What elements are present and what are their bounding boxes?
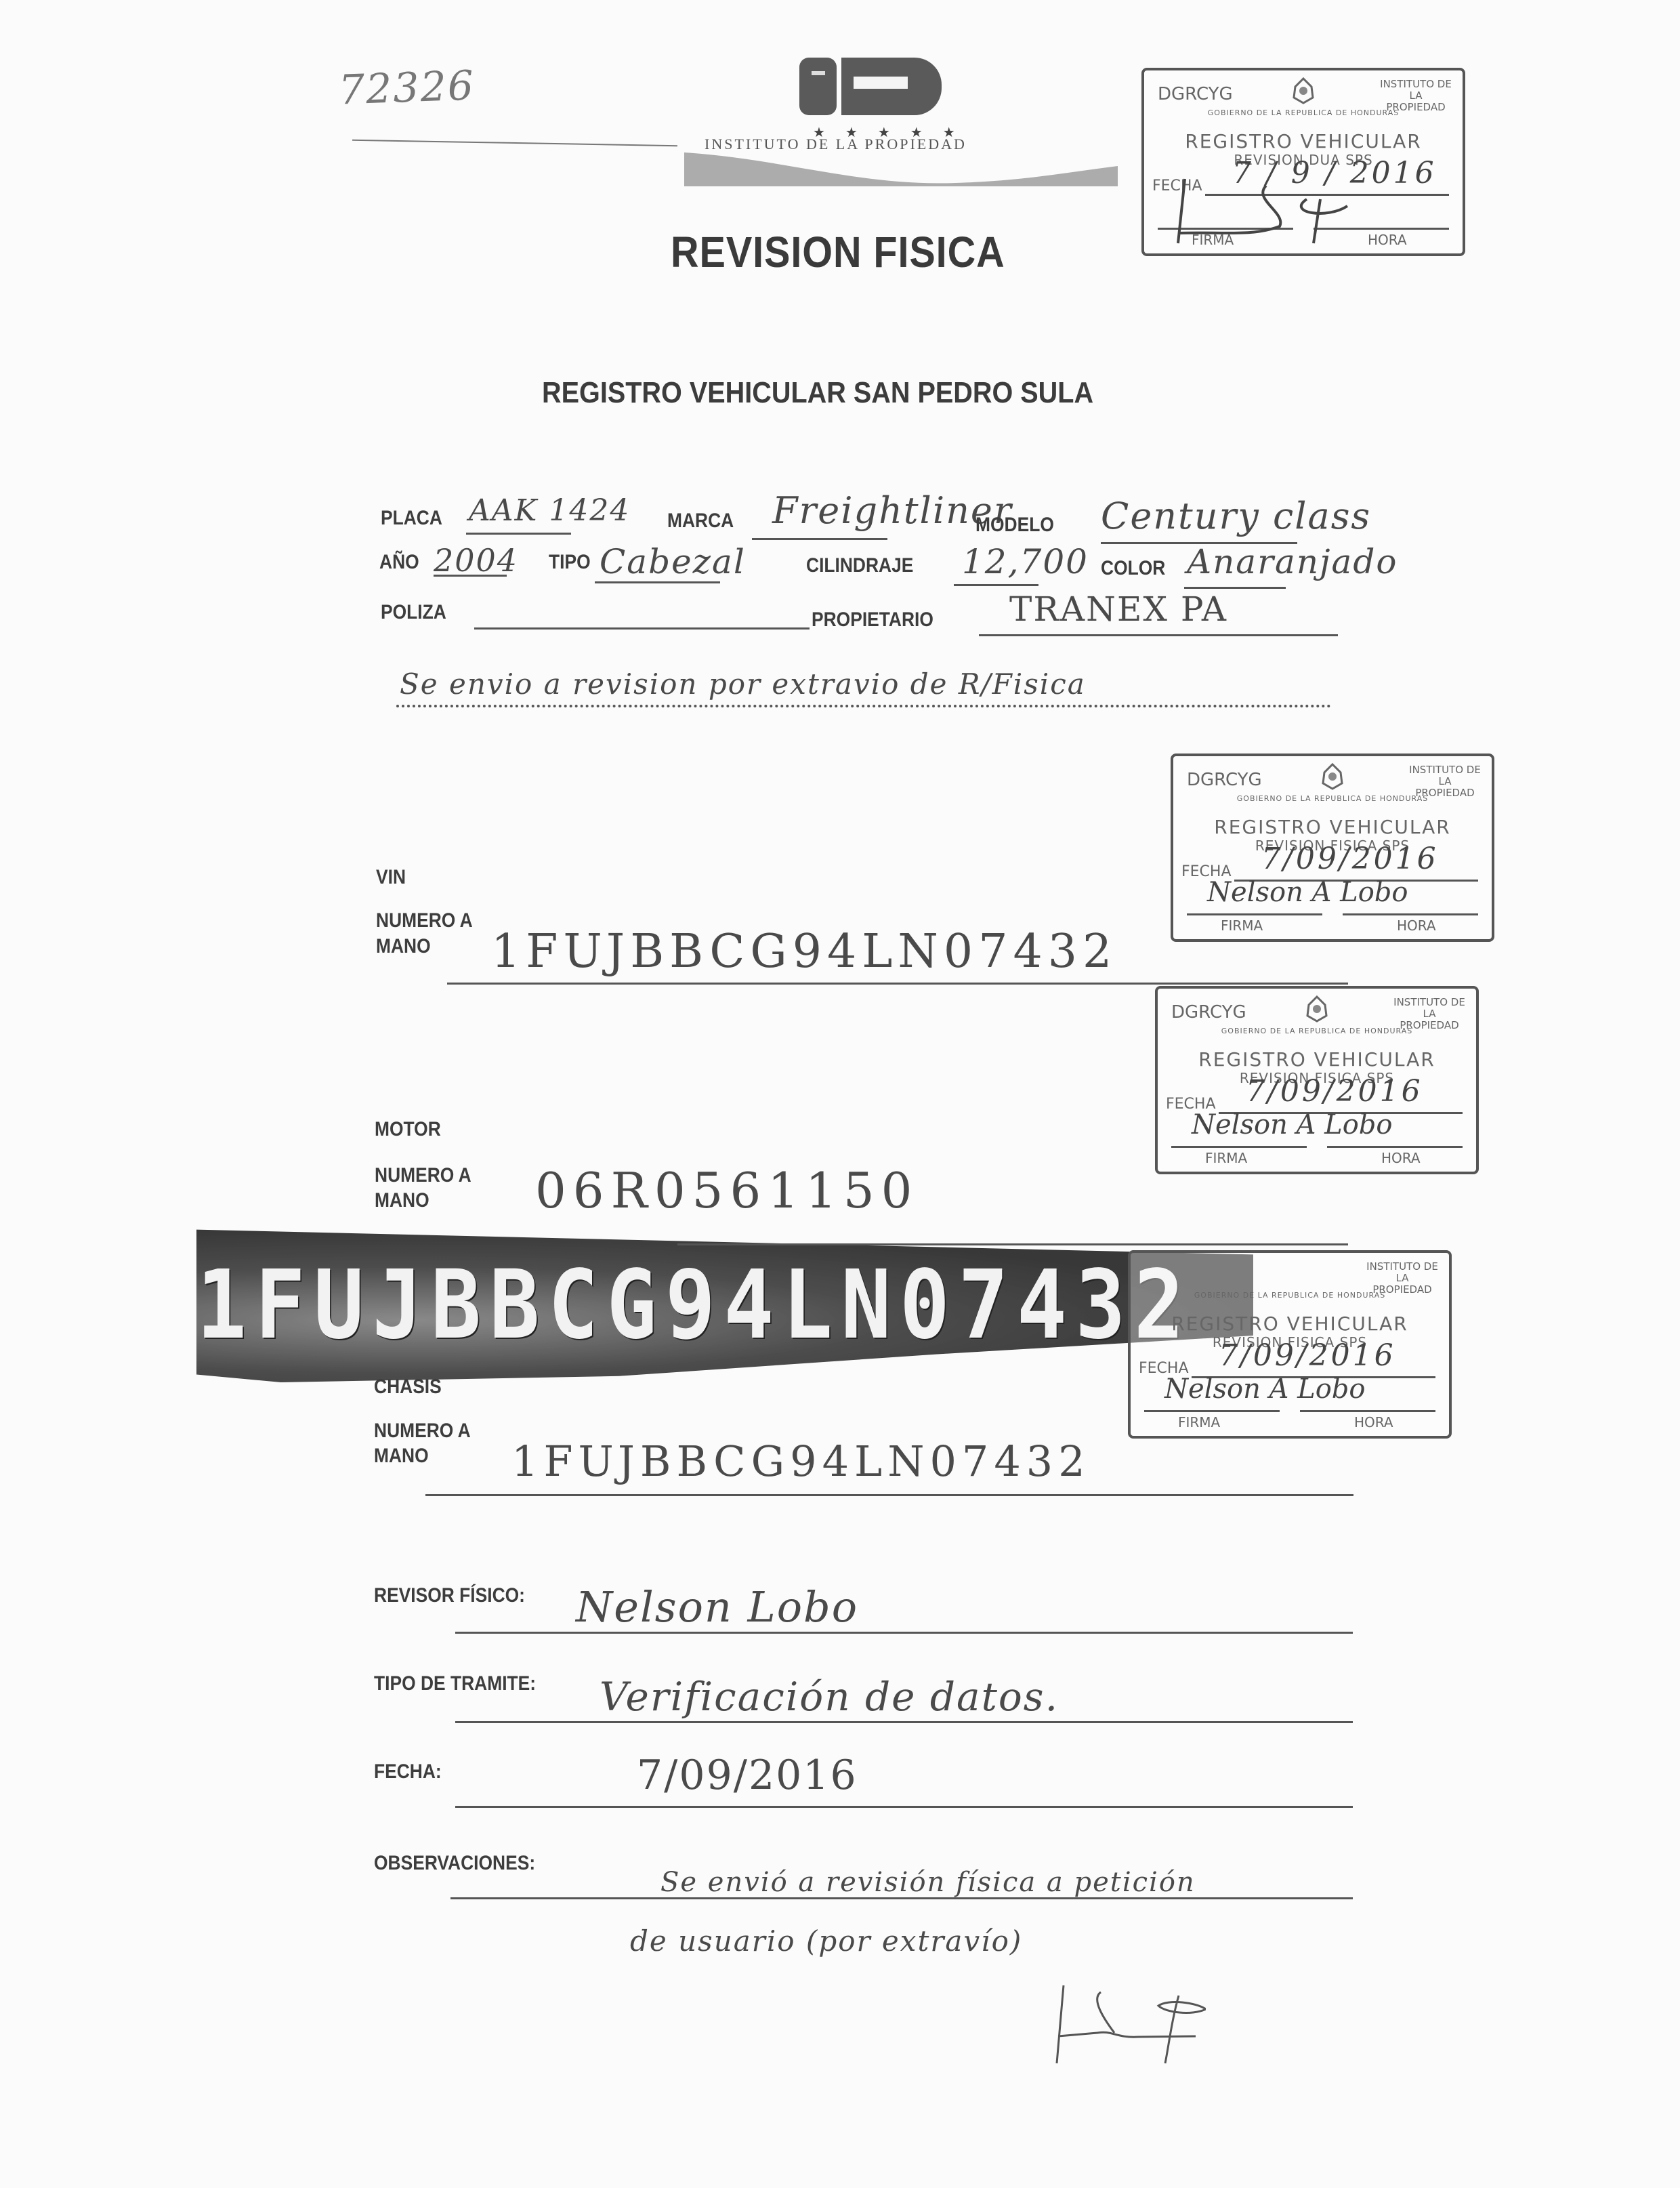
- vin-line: [447, 983, 1348, 985]
- observaciones-line-2[interactable]: de usuario (por extravío): [630, 1924, 1022, 1958]
- chasis-mano-label: MANO: [374, 1445, 429, 1468]
- motor-numero-label: NUMERO A: [375, 1164, 471, 1187]
- vin-numero-label: NUMERO A: [376, 909, 473, 932]
- observaciones-label: OBSERVACIONES:: [374, 1852, 535, 1875]
- anio-label: AÑO: [379, 551, 419, 574]
- stamp-date: 7/09/2016: [1261, 842, 1439, 876]
- coat-of-arms-icon: [1320, 763, 1345, 790]
- placa-value[interactable]: AAK 1424: [469, 493, 630, 528]
- stamp-hora-line: [1343, 913, 1478, 915]
- tipo-tramite-value[interactable]: Verificación de datos.: [600, 1674, 1059, 1720]
- color-label: COLOR: [1101, 557, 1165, 580]
- marca-label: MARCA: [667, 510, 734, 533]
- stamp-hora-line: [1327, 1146, 1463, 1148]
- chasis-value[interactable]: 1FUJBBCG94LN07432: [511, 1437, 1091, 1486]
- stamp-dept: DGRCYG: [1171, 1002, 1246, 1023]
- tipo-tramite-label: TIPO DE TRAMITE:: [374, 1672, 536, 1695]
- marca-line: [752, 538, 887, 540]
- propietario-line: [979, 634, 1338, 636]
- modelo-value[interactable]: Century class: [1101, 495, 1371, 537]
- poliza-line: [474, 627, 810, 629]
- color-value[interactable]: Anaranjado: [1187, 542, 1398, 581]
- chasis-line: [425, 1494, 1353, 1496]
- stamp-signature: Nelson A Lobo: [1164, 1374, 1365, 1405]
- tipo-tramite-line: [455, 1721, 1353, 1723]
- header-rule: [352, 140, 677, 146]
- reference-number: 72326: [338, 62, 476, 115]
- cilindraje-value[interactable]: 12,700: [962, 542, 1089, 581]
- stamp-registry: REGISTRO VEHICULAR: [1173, 816, 1492, 838]
- logo-text: INSTITUTO DE LA PROPIEDAD: [705, 136, 967, 153]
- stamp-registry: REGISTRO VEHICULAR: [1144, 130, 1463, 152]
- note-line: [396, 705, 1331, 707]
- poliza-label: POLIZA: [381, 601, 446, 624]
- page-title: REVISION FISICA: [671, 227, 1005, 277]
- observaciones-line-1[interactable]: Se envió a revisión física a petición: [660, 1867, 1196, 1898]
- placa-label: PLACA: [381, 507, 442, 530]
- stamp-firma-line: [1171, 1146, 1307, 1148]
- vehicle-note[interactable]: Se envio a revision por extravio de R/Fi…: [400, 667, 1086, 701]
- motor-mano-label: MANO: [375, 1189, 429, 1212]
- stamp-signature: Nelson A Lobo: [1192, 1109, 1392, 1140]
- stamp-signature: Nelson A Lobo: [1207, 877, 1408, 908]
- chasis-top-line: [677, 1243, 1348, 1245]
- cilindraje-line: [954, 584, 1038, 586]
- revisor-label: REVISOR FÍSICO:: [374, 1584, 525, 1607]
- fecha-label: FECHA:: [374, 1760, 442, 1783]
- stamp-firma-label: FIRMA: [1205, 1150, 1247, 1166]
- reviewer-signature-icon: [1043, 1979, 1206, 2067]
- vin-mano-label: MANO: [376, 935, 431, 958]
- chasis-label: CHASIS: [374, 1376, 442, 1399]
- registry-stamp: DGRCYG INSTITUTO DE LA PROPIEDAD GOBIERN…: [1155, 986, 1479, 1174]
- anio-value[interactable]: 2004: [434, 542, 518, 579]
- fecha-value[interactable]: 7/09/2016: [637, 1752, 858, 1799]
- stamp-hora-label: HORA: [1381, 1150, 1421, 1166]
- chassis-plate-photo-text: 1FUJBBCG94LN07432: [196, 1250, 1192, 1361]
- stamp-firma-label: FIRMA: [1178, 1414, 1220, 1430]
- tipo-line: [595, 581, 720, 583]
- propietario-value[interactable]: TRANEX PA: [1009, 590, 1227, 629]
- stamp-hora-label: HORA: [1397, 917, 1436, 934]
- page-subtitle: REGISTRO VEHICULAR SAN PEDRO SULA: [542, 376, 1093, 410]
- stamp-registry: REGISTRO VEHICULAR: [1131, 1313, 1449, 1335]
- revisor-value[interactable]: Nelson Lobo: [576, 1582, 858, 1632]
- vin-label: VIN: [376, 866, 406, 889]
- stamp-firma-line: [1187, 913, 1322, 915]
- stamp-government: GOBIERNO DE LA REPUBLICA DE HONDURAS: [1158, 1027, 1476, 1035]
- stamp-date: 7/09/2016: [1246, 1074, 1423, 1109]
- stamp-hora-label: HORA: [1354, 1414, 1393, 1430]
- stamp-government: GOBIERNO DE LA REPUBLICA DE HONDURAS: [1131, 1291, 1449, 1300]
- stamp-government: GOBIERNO DE LA REPUBLICA DE HONDURAS: [1144, 108, 1463, 117]
- stamp-dept: DGRCYG: [1187, 770, 1262, 790]
- registry-stamp: DGRCYG INSTITUTO DE LA PROPIEDAD GOBIERN…: [1141, 68, 1465, 256]
- logo-swoosh-icon: [684, 152, 1118, 186]
- stamp-signature-icon: [1171, 172, 1374, 247]
- stamp-registry: REGISTRO VEHICULAR: [1158, 1048, 1476, 1071]
- stamp-hora-line: [1300, 1410, 1435, 1412]
- stamp-government: GOBIERNO DE LA REPUBLICA DE HONDURAS: [1173, 794, 1492, 803]
- cilindraje-label: CILINDRAJE: [806, 554, 913, 577]
- stamp-date: 7/09/2016: [1219, 1338, 1396, 1373]
- stamp-firma-line: [1144, 1410, 1280, 1412]
- color-line: [1184, 587, 1286, 589]
- motor-label: MOTOR: [375, 1118, 441, 1141]
- motor-value[interactable]: 06R0561150: [535, 1162, 919, 1219]
- chasis-numero-label: NUMERO A: [374, 1420, 471, 1443]
- stamp-firma-label: FIRMA: [1221, 917, 1263, 934]
- tipo-label: TIPO: [549, 551, 591, 574]
- coat-of-arms-icon: [1305, 995, 1329, 1023]
- revisor-line: [455, 1632, 1353, 1634]
- ip-logo-icon: [799, 58, 942, 115]
- propietario-label: PROPIETARIO: [812, 608, 933, 632]
- coat-of-arms-icon: [1291, 77, 1316, 104]
- vin-value[interactable]: 1FUJBBCG94LN07432: [491, 925, 1117, 978]
- registry-stamp: DGRCYG INSTITUTO DE LA PROPIEDAD GOBIERN…: [1171, 754, 1494, 942]
- placa-line: [466, 533, 571, 535]
- modelo-label: MODELO: [975, 514, 1054, 537]
- fecha-line: [455, 1806, 1353, 1808]
- registry-stamp: INSTITUTO DE LA PROPIEDAD GOBIERNO DE LA…: [1128, 1250, 1452, 1439]
- tipo-value[interactable]: Cabezal: [600, 542, 746, 581]
- stamp-dept: DGRCYG: [1158, 84, 1233, 104]
